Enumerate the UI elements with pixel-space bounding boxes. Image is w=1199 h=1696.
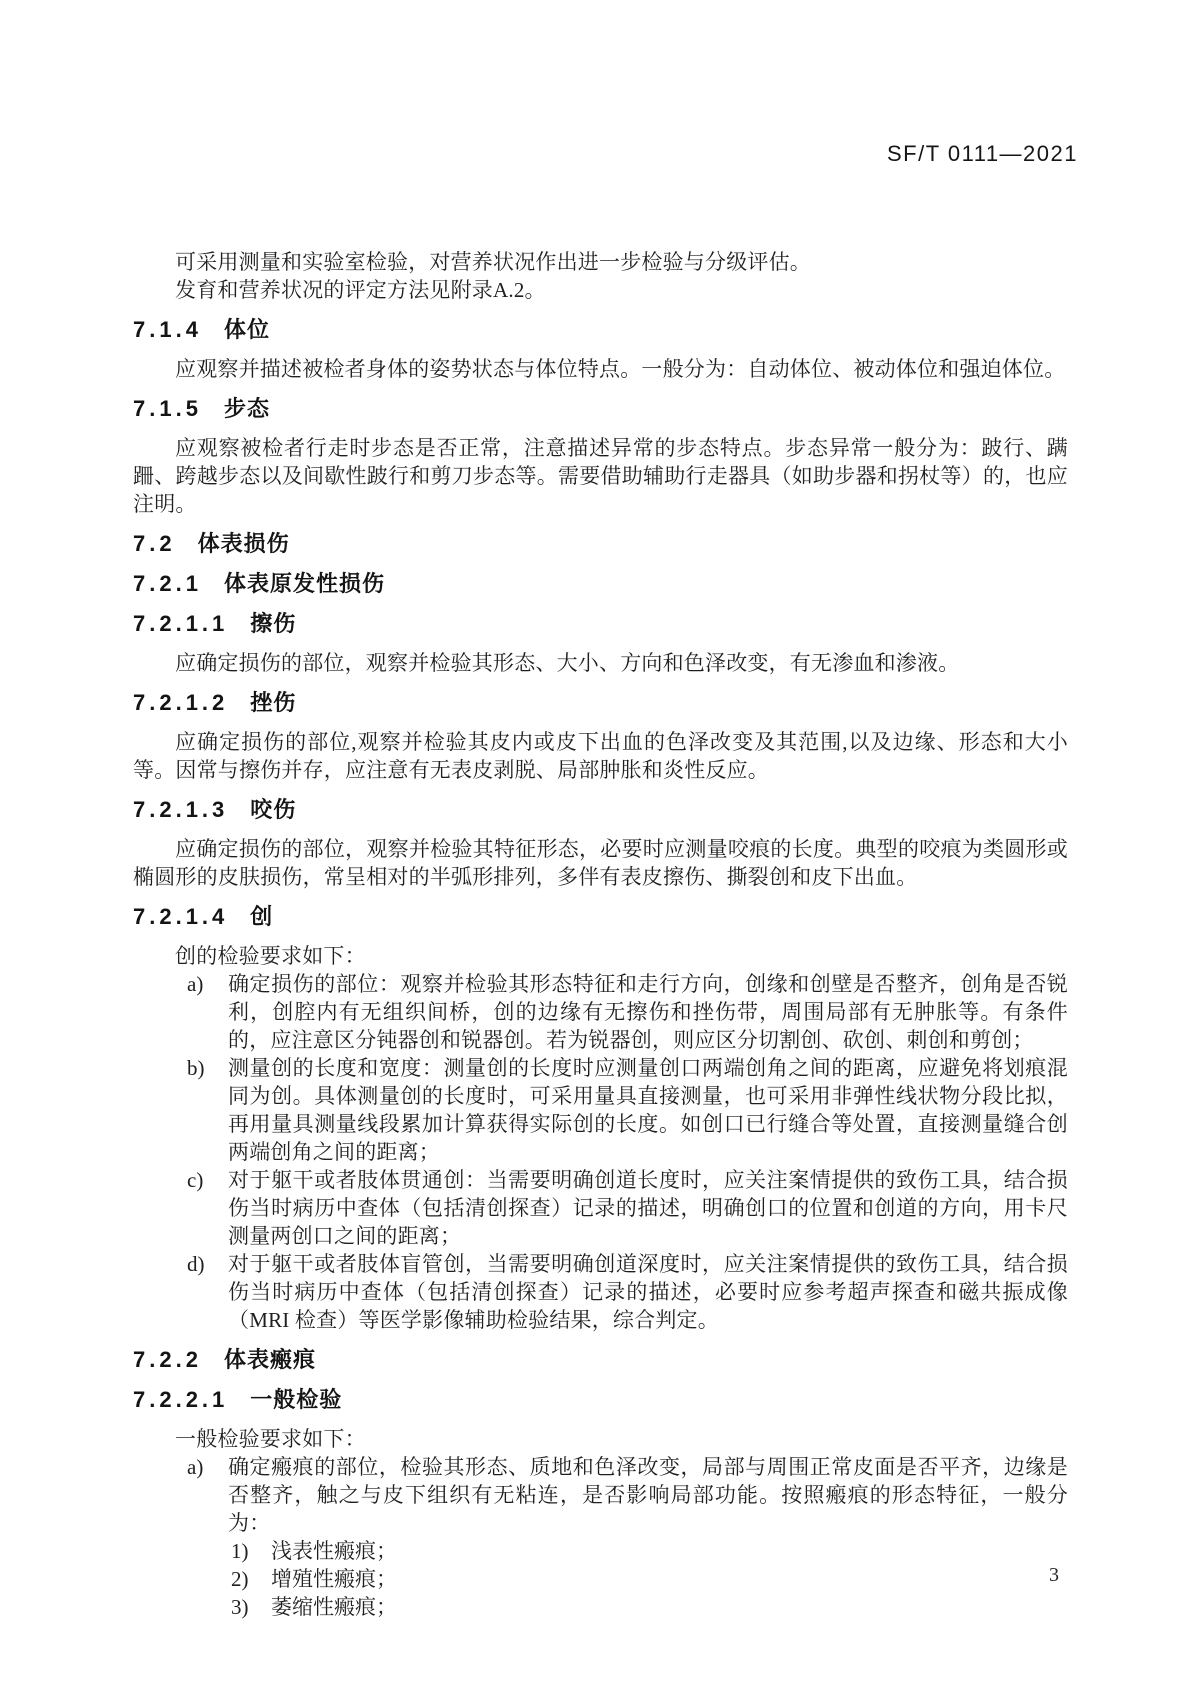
section-title: 创	[250, 904, 273, 929]
section-number: 7.2.1.3	[133, 797, 228, 822]
section-title: 一般检验	[250, 1387, 342, 1412]
sub-item-text: 萎缩性瘢痕；	[271, 1593, 1068, 1621]
heading-7-1-4: 7.1.4体位	[133, 316, 1068, 344]
section-number: 7.2.1.1	[133, 611, 228, 636]
section-title: 体表原发性损伤	[224, 571, 385, 596]
document-page: SF/T 0111—2021 可采用测量和实验室检验，对营养状况作出进一步检验与…	[0, 0, 1199, 1696]
paragraph-scar-intro: 一般检验要求如下：	[133, 1425, 1068, 1453]
heading-7-2-1-2: 7.2.1.2挫伤	[133, 689, 1068, 717]
list-label: a)	[187, 970, 228, 1054]
list-text: 对于躯干或者肢体贯通创：当需要明确创道长度时，应关注案情提供的致伤工具，结合损伤…	[228, 1166, 1068, 1250]
sub-item-label: 2)	[231, 1565, 271, 1593]
paragraph-gait: 应观察被检者行走时步态是否正常，注意描述异常的步态特点。步态异常一般分为：跛行、…	[133, 434, 1068, 518]
paragraph-bite-wound: 应确定损伤的部位，观察并检验其特征形态，必要时应测量咬痕的长度。典型的咬痕为类圆…	[133, 835, 1068, 891]
heading-7-2-1: 7.2.1体表原发性损伤	[133, 570, 1068, 598]
sub-item-2: 2)增殖性瘢痕；	[231, 1565, 1068, 1593]
list-item-scar-a: a)确定瘢痕的部位，检验其形态、质地和色泽改变，局部与周围正常皮面是否平齐，边缘…	[187, 1453, 1068, 1537]
paragraph-appendix-ref: 发育和营养状况的评定方法见附录A.2。	[133, 276, 1068, 304]
list-label: d)	[187, 1250, 228, 1334]
heading-7-2-2: 7.2.2体表瘢痕	[133, 1346, 1068, 1374]
section-number: 7.1.4	[133, 317, 202, 342]
list-label: c)	[187, 1166, 228, 1250]
sub-item-label: 3)	[231, 1593, 271, 1621]
section-number: 7.2.1.2	[133, 690, 228, 715]
list-item-a: a)确定损伤的部位：观察并检验其形态特征和走行方向，创缘和创壁是否整齐，创角是否…	[187, 970, 1068, 1054]
section-title: 咬伤	[250, 797, 296, 822]
heading-7-2-2-1: 7.2.2.1一般检验	[133, 1386, 1068, 1414]
list-text: 对于躯干或者肢体盲管创，当需要明确创道深度时，应关注案情提供的致伤工具，结合损伤…	[228, 1250, 1068, 1334]
section-title: 挫伤	[250, 690, 296, 715]
paragraph-wound-intro: 创的检验要求如下：	[133, 942, 1068, 970]
sub-item-1: 1)浅表性瘢痕；	[231, 1537, 1068, 1565]
page-number: 3	[1049, 1562, 1059, 1588]
section-number: 7.2	[133, 531, 176, 556]
paragraph-contusion: 应确定损伤的部位,观察并检验其皮内或皮下出血的色泽改变及其范围,以及边缘、形态和…	[133, 728, 1068, 784]
paragraph-abrasion: 应确定损伤的部位，观察并检验其形态、大小、方向和色泽改变，有无渗血和渗液。	[133, 649, 1068, 677]
sub-item-text: 浅表性瘢痕；	[271, 1537, 1068, 1565]
sub-item-3: 3)萎缩性瘢痕；	[231, 1593, 1068, 1621]
sub-item-text: 增殖性瘢痕；	[271, 1565, 1068, 1593]
heading-7-2-1-3: 7.2.1.3咬伤	[133, 796, 1068, 824]
paragraph-body-position: 应观察并描述被检者身体的姿势状态与体位特点。一般分为：自动体位、被动体位和强迫体…	[133, 355, 1068, 383]
list-item-d: d)对于躯干或者肢体盲管创，当需要明确创道深度时，应关注案情提供的致伤工具，结合…	[187, 1250, 1068, 1334]
paragraph-nutrition-eval: 可采用测量和实验室检验，对营养状况作出进一步检验与分级评估。	[133, 248, 1068, 276]
section-title: 体表瘢痕	[224, 1347, 316, 1372]
list-label: b)	[187, 1054, 228, 1166]
list-text: 确定瘢痕的部位，检验其形态、质地和色泽改变，局部与周围正常皮面是否平齐，边缘是否…	[228, 1453, 1068, 1537]
heading-7-2-1-1: 7.2.1.1擦伤	[133, 610, 1068, 638]
list-text: 测量创的长度和宽度：测量创的长度时应测量创口两端创角之间的距离，应避免将划痕混同…	[228, 1054, 1068, 1166]
heading-7-2-1-4: 7.2.1.4创	[133, 903, 1068, 931]
section-number: 7.2.2.1	[133, 1387, 228, 1412]
list-text: 确定损伤的部位：观察并检验其形态特征和走行方向，创缘和创壁是否整齐，创角是否锐利…	[228, 970, 1068, 1054]
section-title: 步态	[224, 396, 270, 421]
section-number: 7.2.2	[133, 1347, 202, 1372]
page-content: 可采用测量和实验室检验，对营养状况作出进一步检验与分级评估。 发育和营养状况的评…	[133, 0, 1068, 1621]
section-number: 7.2.1.4	[133, 904, 228, 929]
section-title: 擦伤	[250, 611, 296, 636]
heading-7-2: 7.2体表损伤	[133, 530, 1068, 558]
section-title: 体表损伤	[198, 531, 290, 556]
section-title: 体位	[224, 317, 270, 342]
list-item-b: b)测量创的长度和宽度：测量创的长度时应测量创口两端创角之间的距离，应避免将划痕…	[187, 1054, 1068, 1166]
section-number: 7.2.1	[133, 571, 202, 596]
section-number: 7.1.5	[133, 396, 202, 421]
list-item-c: c)对于躯干或者肢体贯通创：当需要明确创道长度时，应关注案情提供的致伤工具，结合…	[187, 1166, 1068, 1250]
sub-item-label: 1)	[231, 1537, 271, 1565]
heading-7-1-5: 7.1.5步态	[133, 395, 1068, 423]
list-label: a)	[187, 1453, 228, 1537]
